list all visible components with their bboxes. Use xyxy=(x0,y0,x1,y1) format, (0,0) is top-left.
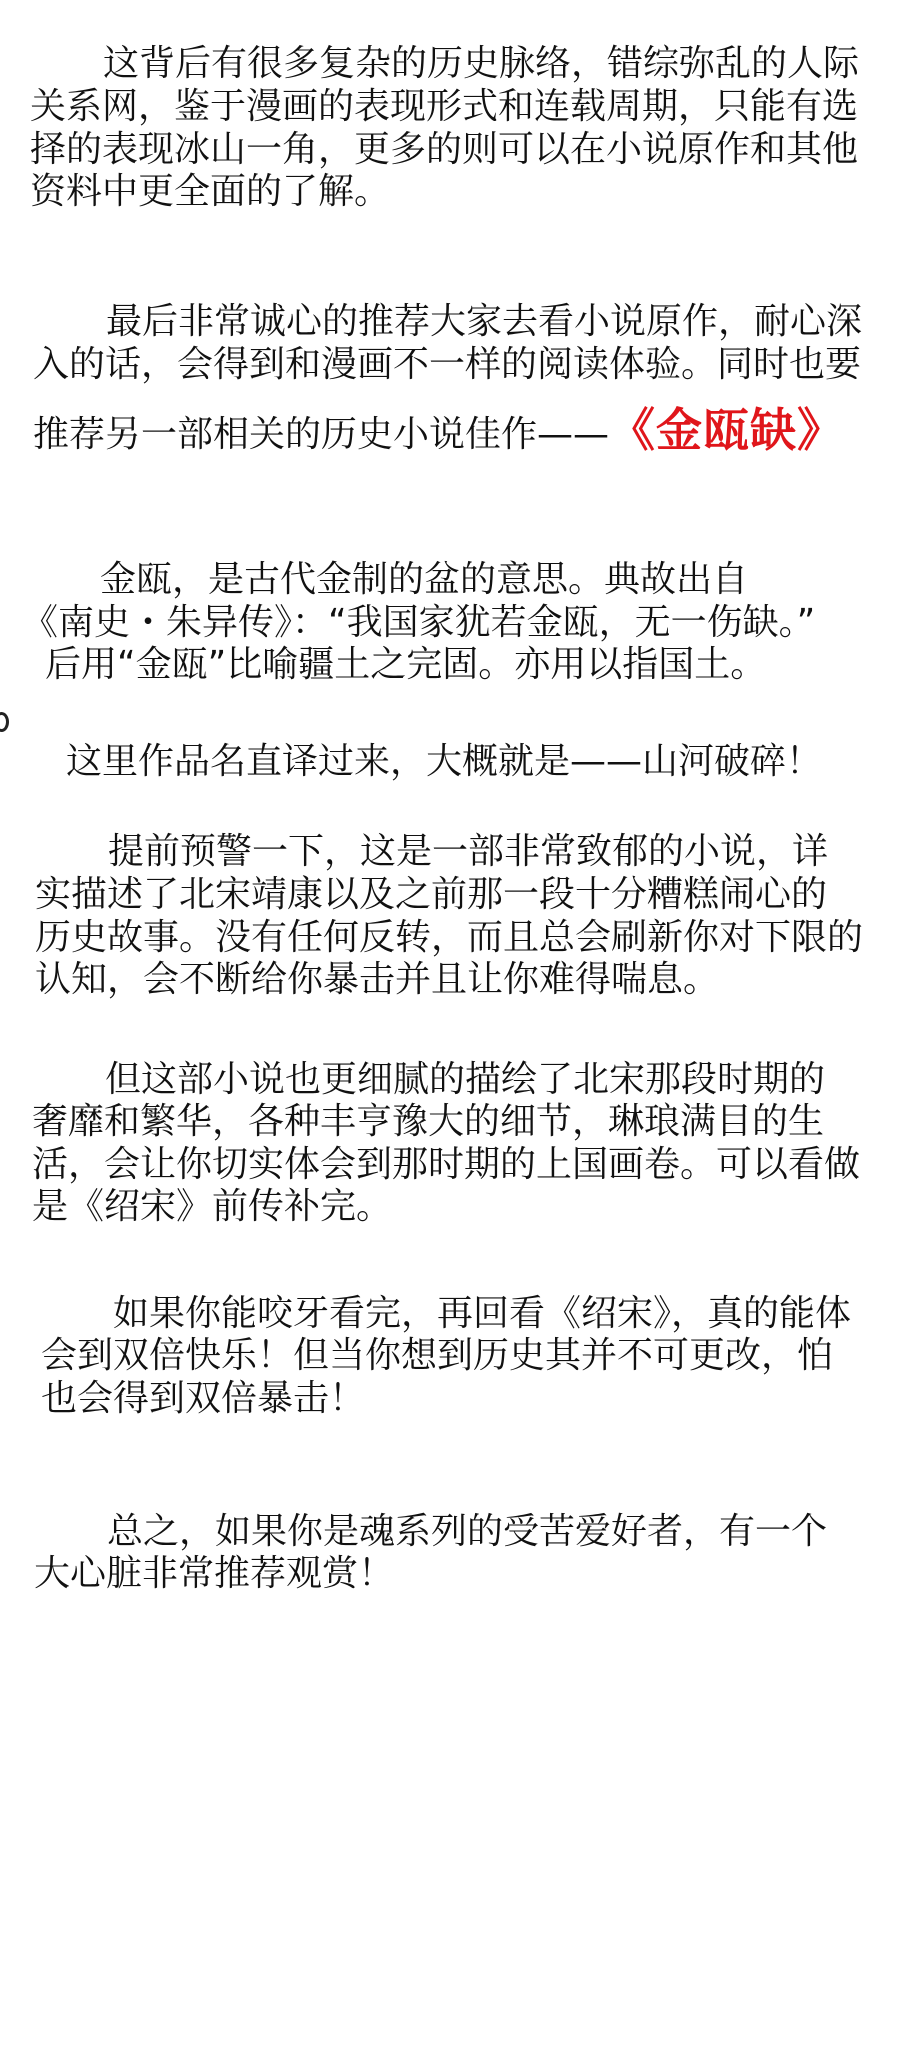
paragraph-line: 如果你能咬牙看完，再回看《绍宋》，真的能体 xyxy=(113,1294,851,1334)
paragraph-line: 会到双倍快乐！但当你想到历史其并不可更改，怕 xyxy=(41,1336,833,1376)
paragraph-line: 提前预警一下，这是一部非常致郁的小说，详 xyxy=(108,832,828,872)
paragraph-line: 但这部小说也更细腻的描绘了北宋那段时期的 xyxy=(105,1060,825,1100)
paragraph-line: 总之，如果你是魂系列的受苦爱好者，有一个 xyxy=(107,1512,827,1552)
edge-artifact xyxy=(0,712,9,732)
paragraph-line: 这背后有很多复杂的历史脉络，错综弥乱的人际 xyxy=(103,44,863,84)
paragraph-line: 金瓯，是古代金制的盆的意思。典故出自 xyxy=(100,560,748,600)
paragraph-line: 认知，会不断给你暴击并且让你难得喘息。 xyxy=(35,960,719,1000)
article-page: 这背后有很多复杂的历史脉络，错综弥乱的人际 关系网，鉴于漫画的表现形式和连载周期… xyxy=(0,0,900,2053)
book-title-jin-ou-que: 《金瓯缺》 xyxy=(609,403,844,457)
paragraph-line: 大心脏非常推荐观赏！ xyxy=(34,1554,394,1594)
paragraph-line: 资料中更全面的了解。 xyxy=(30,172,390,212)
paragraph-line: 奢靡和繁华，各种丰亨豫大的细节，琳琅满目的生 xyxy=(32,1102,824,1142)
paragraph-line: 入的话，会得到和漫画不一样的阅读体验。同时也要 xyxy=(33,345,861,385)
paragraph-line: 关系网，鉴于漫画的表现形式和连载周期，只能有选 xyxy=(30,87,858,127)
paragraph-line: 也会得到双倍暴击！ xyxy=(41,1379,365,1419)
paragraph-line: 后用“金瓯”比喻疆土之完固。亦用以指国土。 xyxy=(45,645,766,685)
paragraph-line: 最后非常诚心的推荐大家去看小说原作，耐心深 xyxy=(106,302,862,342)
paragraph-line: 是《绍宋》前传补完。 xyxy=(32,1187,392,1227)
paragraph-line: 这里作品名直译过来，大概就是——山河破碎！ xyxy=(66,742,822,782)
paragraph-line: 《南史・朱异传》：“我国家犹若金瓯，无一伤缺。” xyxy=(22,603,815,643)
paragraph-line-text: 推荐另一部相关的历史小说佳作—— xyxy=(33,414,609,455)
paragraph-line: 推荐另一部相关的历史小说佳作——《金瓯缺》 xyxy=(33,405,844,455)
paragraph-line: 择的表现冰山一角，更多的则可以在小说原作和其他 xyxy=(30,130,858,170)
paragraph-line: 实描述了北宋靖康以及之前那一段十分糟糕闹心的 xyxy=(35,875,827,915)
paragraph-line: 活，会让你切实体会到那时期的上国画卷。可以看做 xyxy=(32,1145,860,1185)
paragraph-line: 历史故事。没有任何反转，而且总会刷新你对下限的 xyxy=(35,918,863,958)
